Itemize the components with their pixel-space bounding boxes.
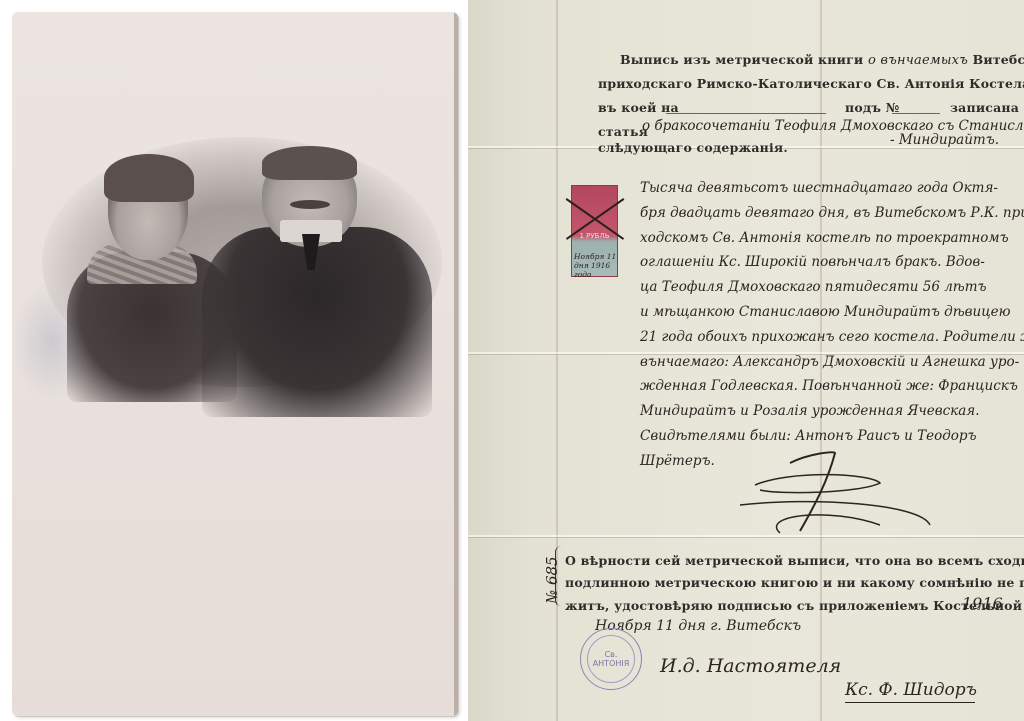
fidelity-line-3: житъ, удостовѣряю подписью съ приложеніе… bbox=[565, 598, 1024, 613]
record-title-line-2: - Миндирайтъ. bbox=[890, 132, 999, 148]
signature-underline bbox=[845, 702, 975, 703]
blank-line bbox=[892, 113, 940, 114]
body-line: 21 года обоихъ прихожанъ сего костела. Р… bbox=[640, 325, 1024, 350]
body-line: вънчаемаго: Александръ Дмоховскій и Агне… bbox=[640, 350, 1024, 375]
body-line: и мѣщанкою Станиславою Миндирайтъ дѣвице… bbox=[640, 300, 1024, 325]
header-line-4: статья bbox=[598, 124, 648, 139]
body-line: ходскомъ Св. Антонія костелѣ по троекрат… bbox=[640, 226, 1024, 251]
body-line: Тысяча девятьсотъ шестнадцатаго года Окт… bbox=[640, 176, 1024, 201]
flourish-signature bbox=[720, 445, 960, 535]
handwritten-book-type: о вънчаемыхъ bbox=[868, 53, 968, 68]
man-hair bbox=[262, 146, 357, 180]
printed-text: приходскаго Римско-Католическаго Св. Ант… bbox=[598, 76, 1024, 91]
register-number: № 685 bbox=[543, 556, 561, 604]
header-line-3c: записана bbox=[950, 100, 1019, 115]
card-edge bbox=[454, 12, 458, 716]
stamp-denomination: 1 РУБЛЬ bbox=[577, 232, 612, 240]
header-line-2: приходскаго Римско-Католическаго Св. Ант… bbox=[598, 76, 1024, 92]
fold-line bbox=[468, 535, 1024, 537]
body-line: жденная Годлевская. Повѣнчанной же: Фран… bbox=[640, 374, 1024, 399]
signatory-name: Кс. Ф. Шидоръ bbox=[845, 680, 977, 700]
body-line: Миндирайтъ и Розалія урожденная Ячевская… bbox=[640, 399, 1024, 424]
body-line: ца Теофиля Дмоховскаго пятидесяти 56 лѣт… bbox=[640, 275, 1024, 300]
seal-text: АНТОНІЯ bbox=[593, 659, 630, 668]
record-body: Тысяча девятьсотъ шестнадцатаго года Окт… bbox=[640, 176, 1024, 474]
revenue-stamp: 1 РУБЛЬ Ноября 11 дня 1916 года bbox=[571, 185, 618, 277]
fidelity-year: 1916 bbox=[962, 594, 1003, 613]
stamp-cancel-note: Ноября 11 дня 1916 года bbox=[574, 252, 620, 279]
header-line-5: слѣдующаго содержанія. bbox=[598, 140, 788, 155]
signatory-title: И.д. Настоятеля bbox=[660, 655, 841, 677]
blank-line bbox=[666, 113, 826, 114]
man-figure bbox=[202, 227, 432, 417]
fold-line bbox=[556, 0, 558, 721]
fidelity-line-2: подлинною метрическою книгою и ни какому… bbox=[565, 575, 1024, 590]
woman-hair bbox=[104, 154, 194, 202]
printed-text: Витебскаго bbox=[973, 52, 1024, 67]
body-line: бря двадцать девятаго дня, въ Витебскомъ… bbox=[640, 201, 1024, 226]
printed-text: Выпись изъ метрической книги bbox=[620, 52, 863, 67]
church-seal: Св. АНТОНІЯ bbox=[580, 628, 642, 690]
seal-text: Св. bbox=[605, 650, 618, 659]
body-line: оглашеніи Кс. Широкій повѣнчалъ бракъ. В… bbox=[640, 250, 1024, 275]
header-line-1: Выпись изъ метрической книги о вънчаемых… bbox=[620, 52, 1024, 68]
portrait-photograph bbox=[12, 12, 458, 716]
fidelity-line-1: О вѣрности сей метрической выписи, что о… bbox=[565, 553, 1024, 568]
man-mustache bbox=[290, 200, 330, 209]
